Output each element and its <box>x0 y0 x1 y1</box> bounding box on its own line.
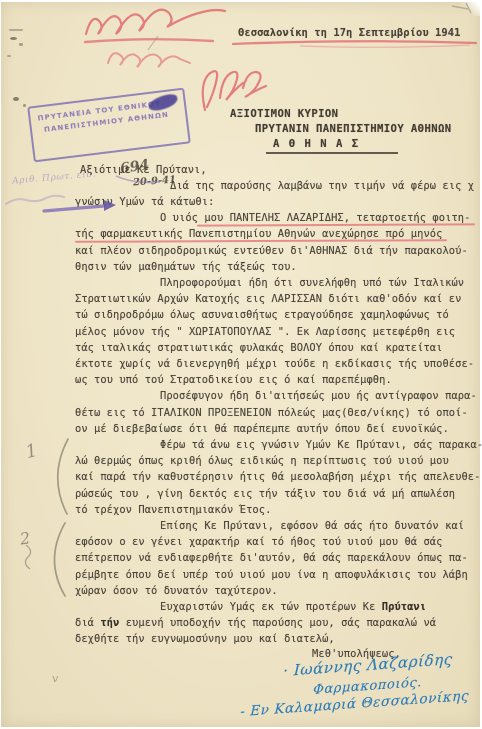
body-line: Στρατιωτικών Αρχών Κατοχής εις ΛΑΡΙΣΣΑΝ … <box>75 293 461 306</box>
body-line: Ευχαριστών Υμάς εκ τών προτέρων Κε Πρύτα… <box>75 601 426 614</box>
body-line: τό τρέχον Πανεπιστημιακόν Έτος. <box>75 504 271 517</box>
body-line: Προσέφυγον ήδη δι'αιτήσεώς μου ής αντίγρ… <box>75 390 477 403</box>
body-line: Πληροφορούμαι ήδη ότι συνελήφθη υπό τών … <box>75 277 464 290</box>
body-line: διά τήν ευμενή υποδοχήν τής παρούσης μου… <box>75 617 436 630</box>
body-line: Επίσης Κε Πρύτανι, εφόσον θά σάς ήτο δυν… <box>75 520 464 533</box>
body-line: Διά της παρούσης λαμβάνω την τιμήν νά φέ… <box>75 180 474 193</box>
body-line: χώραν όσον τό δυνατόν ταχύτερον. <box>75 585 278 598</box>
body-line: δεχθήτε τήν ευγνωμοσύνην μου καί διατελώ… <box>75 633 335 646</box>
body-line: ον μέ διεβεβαίωσε ότι θά παρέπεμπε αυτήν… <box>75 423 449 436</box>
body-line: θέτω εις τό ΙΤΑΛΙΚΟΝ ΠΡΟΞΕΝΕΙΟΝ πόλεώς μ… <box>75 407 468 420</box>
body-line: Αξιότιμε Κε Πρύτανι, <box>75 164 207 177</box>
pencil-dash <box>9 29 23 31</box>
body-line: Φέρω τά άνω εις γνώσιν Υμών Κε Πρύτανι, … <box>75 439 482 452</box>
body-line: λώ θερμώς όπως κριθή όλως ειδικώς η περί… <box>75 455 449 468</box>
ink-speck <box>19 43 23 46</box>
ink-speck <box>7 55 11 57</box>
ink-speck <box>10 37 17 40</box>
body-line: ρέμβητε όπου δεί υπέρ τού υιού μου ίνα η… <box>75 569 468 582</box>
body-line: καί πλέον σιδηροδρομικώς εντεύθεν δι'ΑΘΗ… <box>75 245 468 258</box>
scanned-letter: Θεσσαλονίκη τη 17η Σεπτεμβρίου 1941 ΑΞΙΟ… <box>0 0 482 729</box>
body-lines: Αξιότιμε Κε Πρύτανι,Διά της παρούσης λαμ… <box>75 0 477 729</box>
body-line: τώ σιδηροδρόμω όλως ασυναισθήτως ετραγού… <box>75 309 449 322</box>
body-line: ρώσεώς του , γίνη δεκτός εις τήν τάξιν τ… <box>75 488 455 501</box>
ink-speck <box>13 97 19 101</box>
body-line: ως του υπό τού Στρατοδικείου εις ό καί π… <box>75 374 392 387</box>
body-line: καί παρά τήν καθυστέρησιν ήτις θά μεσολα… <box>75 471 480 484</box>
ink-speck <box>23 104 26 107</box>
body-line: θησιν τών μαθημάτων τής τάξεώς του. <box>75 261 297 274</box>
red-underline <box>197 223 475 226</box>
body-line: μέλος μόνον τής " ΧΩΡΙΑΤΟΠΟΥΛΑΣ ". Εκ Λα… <box>75 326 455 339</box>
body-line: τάς ιταλικάς στρατιωτικάς φυλακάς ΒΟΛΟΥ … <box>75 342 442 355</box>
body-line: επέτρεπον νά ενδιαφερθήτε δι'αυτόν, θά σ… <box>75 552 468 565</box>
body-line: εφόσον ο εν γένει χαρακτήρ καί τό ήθος τ… <box>75 536 442 549</box>
body-line: γνώσιν Υμών τά κάτωθι: <box>75 196 214 209</box>
body-line: έκτοτε χωρίς νά διενεργηθή μέχρι τούδε η… <box>75 358 474 371</box>
margin-check-mark: v <box>51 670 58 688</box>
